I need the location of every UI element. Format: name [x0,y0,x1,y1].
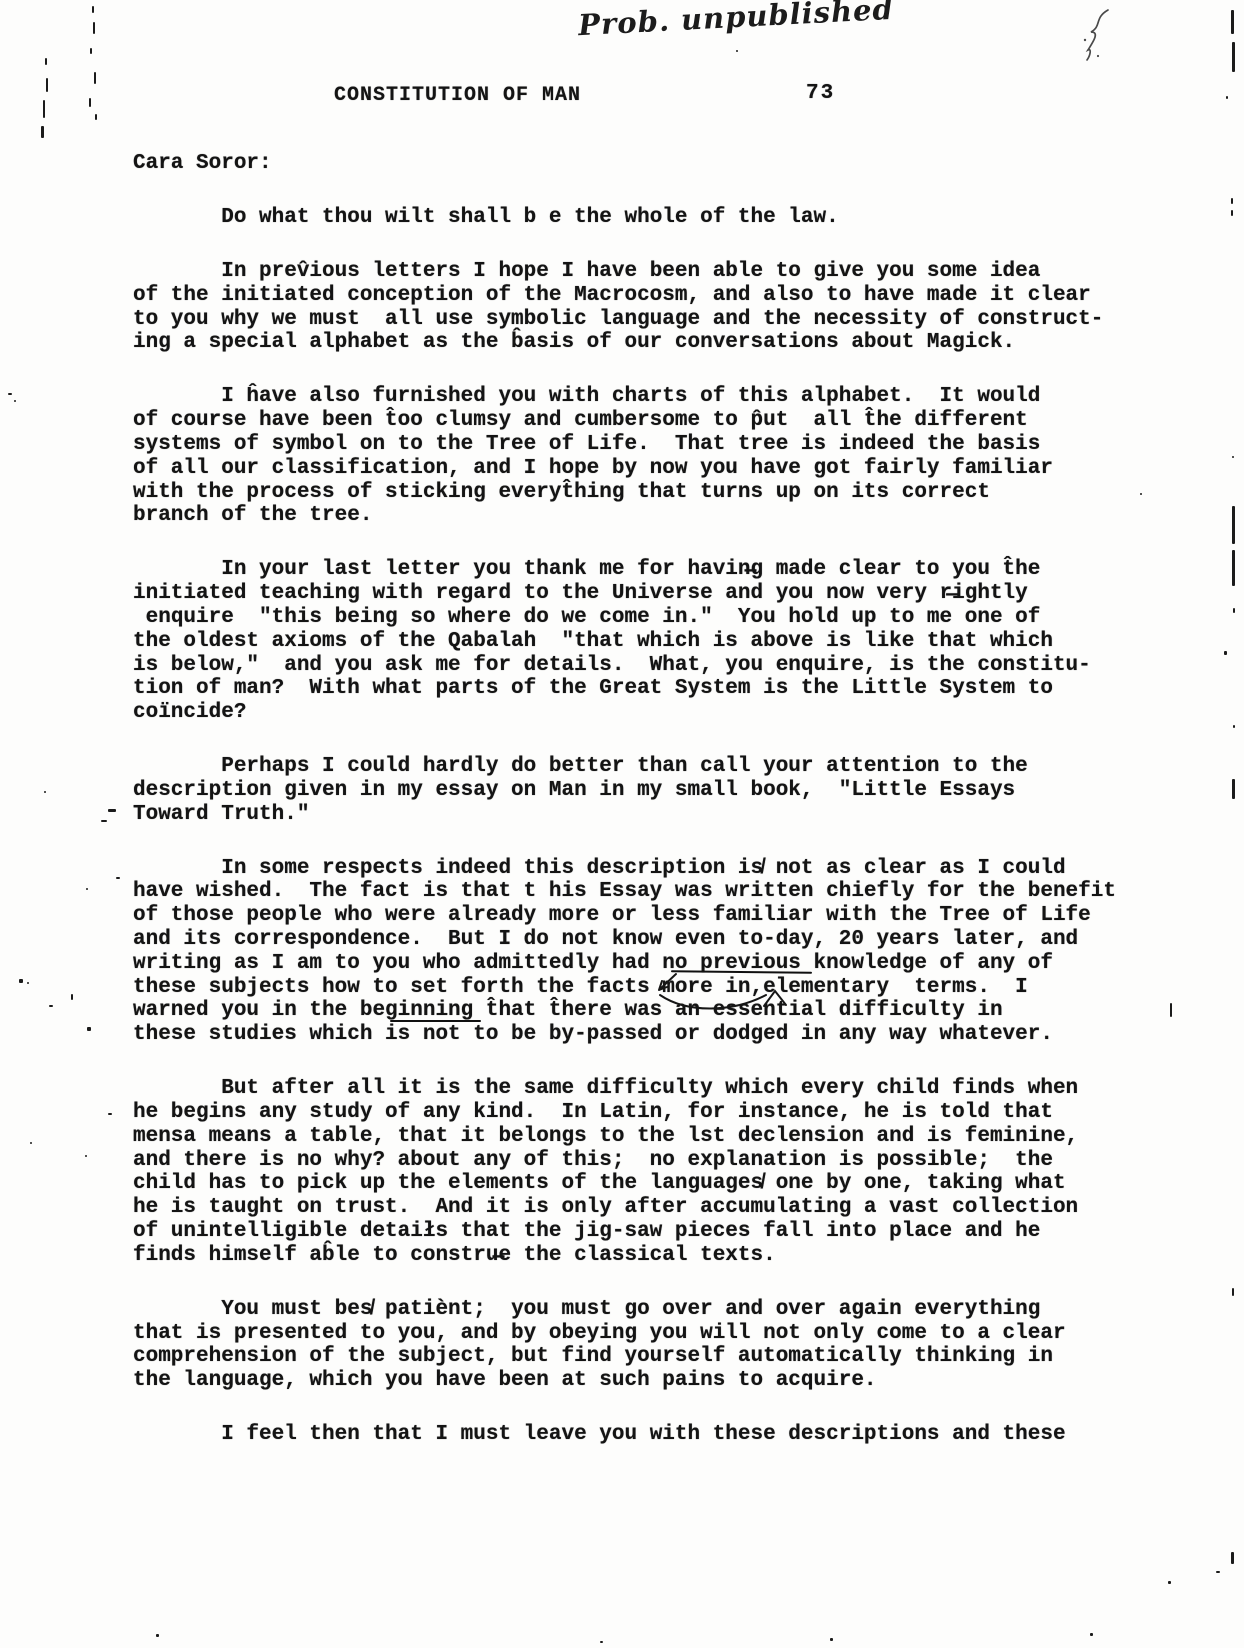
scan-artifact-mark [93,22,95,34]
pencil-squiggle-mark [1078,4,1124,68]
scan-artifact-mark [87,1027,91,1031]
scan-artifact-mark [1231,210,1233,216]
scan-artifact-mark [1170,1003,1172,1017]
scan-artifact-mark [45,58,47,65]
scan-artifact-mark [1168,1581,1171,1584]
closing-line: I feel then that I must leave you with t… [133,1423,1177,1447]
letter-paragraph-6: But after all it is the same difficulty … [133,1077,1177,1267]
ink-underline-beginning [390,1020,481,1022]
scanned-letter-page: Prob. unpublished CONSTITUTION OF MAN 73… [0,0,1244,1648]
scan-artifact-mark [41,126,44,138]
scan-artifact-mark [1231,1552,1234,1564]
letter-paragraph-1: In prev̂ious letters I hope I have been … [133,260,1177,355]
scan-artifact-mark [1232,550,1235,586]
scan-artifact-mark [92,6,94,13]
scan-artifact-mark [101,820,107,822]
scan-artifact-mark [90,48,92,54]
scan-artifact-mark [94,72,96,84]
scan-artifact-mark [736,50,738,52]
scan-artifact-mark [86,888,88,890]
letter-paragraph-5: In some respects indeed this description… [133,857,1177,1047]
scan-artifact-mark [1232,1288,1234,1296]
letter-paragraph-3: In your last letter you thank me for hav… [133,558,1177,725]
letter-paragraph-7: You must bes̸ patiènt; you must go over… [133,1298,1177,1393]
scan-artifact-mark [1090,1633,1093,1636]
scan-artifact-mark [1231,198,1233,204]
scan-artifact-mark [830,1638,833,1641]
scan-artifact-mark [71,994,73,1000]
scan-artifact-mark [46,78,48,92]
scan-artifact-mark [1233,608,1235,613]
scan-artifact-mark [27,982,29,984]
letter-body: Cara Soror: Do what thou wilt shall b e … [133,152,1177,1477]
scan-artifact-mark [108,809,116,812]
letter-paragraph-4: Perhaps I could hardly do better than ca… [133,755,1177,826]
scan-artifact-mark [1232,779,1235,799]
salutation: Cara Soror: [133,152,1177,176]
scan-artifact-mark [1140,493,1142,495]
scan-artifact-mark [19,979,23,983]
transposition-squiggle-mark [642,962,817,1018]
letter-paragraph-2: I ĥave also furnished you with charts o… [133,385,1177,528]
scan-artifact-mark [1232,42,1235,72]
scan-artifact-mark [43,100,45,118]
scan-artifact-mark [85,1155,87,1157]
scan-artifact-mark [44,791,46,793]
scan-artifact-mark [8,393,12,395]
scan-artifact-mark [1226,96,1228,99]
scan-artifact-mark [1233,725,1235,728]
page-header-title: CONSTITUTION OF MAN [334,84,581,107]
scan-artifact-mark [108,1113,112,1115]
scan-artifact-mark [1224,651,1227,655]
scan-artifact-mark [116,877,120,879]
scan-artifact-mark [89,98,91,107]
scan-artifact-mark [49,1005,53,1007]
scan-artifact-mark [1232,506,1235,544]
scan-artifact-mark [1216,1571,1220,1573]
page-number: 73 [806,82,835,105]
scan-artifact-mark [600,1641,603,1643]
scan-artifact-mark [1231,10,1234,34]
scan-artifact-mark [30,1142,32,1144]
opening-thelema-line: Do what thou wilt shall b e the whole of… [133,206,1177,230]
scan-artifact-mark [14,400,16,402]
scan-artifact-mark [1232,456,1234,458]
scan-artifact-mark [95,114,97,120]
scan-artifact-mark [156,1634,159,1637]
handwritten-note: Prob. unpublished [577,0,894,42]
